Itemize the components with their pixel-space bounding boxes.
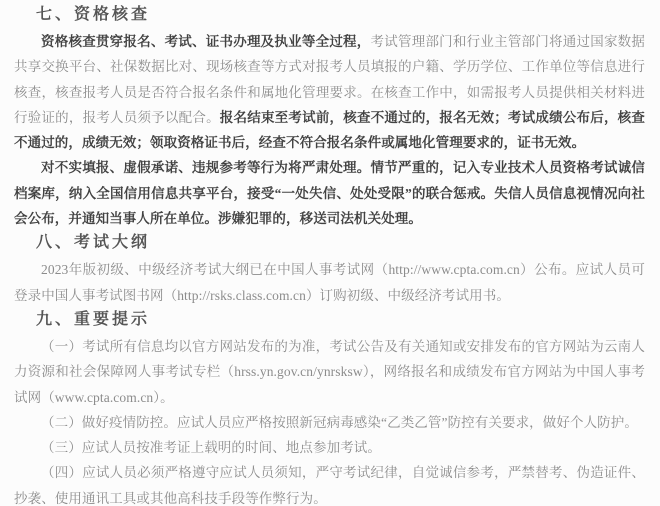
document-page: 七、资格核查资格核查贯穿报名、考试、证书办理及执业等全过程，考试管理部门和行业主… <box>0 0 660 506</box>
paragraph: （一）考试所有信息均以官方网站发布的为准，考试公告及有关通知或安排发布的官方网站… <box>14 334 645 410</box>
text-run: 2023年版初级、中级经济考试大纲已在中国人事考试网（http://www.cp… <box>14 262 645 302</box>
text-run: （二）做好疫情防控。应试人员应严格按照新冠病毒感染“乙类乙管”防控有关要求，做好… <box>41 415 638 430</box>
paragraph: 对不实填报、虚假承诺、违规参考等行为将严肃处理。情节严重的，记入专业技术人员资格… <box>14 155 645 231</box>
section-heading: 八、考试大纲 <box>14 233 645 253</box>
section-heading: 九、重要提示 <box>14 310 645 330</box>
paragraph: （三）应试人员按准考证上载明的时间、地点参加考试。 <box>14 435 645 460</box>
section-heading: 七、资格核查 <box>14 5 645 25</box>
paragraph: （二）做好疫情防控。应试人员应严格按照新冠病毒感染“乙类乙管”防控有关要求，做好… <box>14 410 645 435</box>
emphasis-text-run: 对不实填报、虚假承诺、违规参考等行为将严肃处理。情节严重的，记入专业技术人员资格… <box>14 160 645 226</box>
paragraph: 资格核查贯穿报名、考试、证书办理及执业等全过程，考试管理部门和行业主管部门将通过… <box>14 29 645 155</box>
text-run: （一）考试所有信息均以官方网站发布的为准，考试公告及有关通知或安排发布的官方网站… <box>14 339 645 405</box>
document-content: 七、资格核查资格核查贯穿报名、考试、证书办理及执业等全过程，考试管理部门和行业主… <box>14 5 645 506</box>
paragraph: （四）应试人员必须严格遵守应试人员须知，严守考试纪律，自觉诚信参考，严禁替考、伪… <box>14 460 645 506</box>
paragraph: 2023年版初级、中级经济考试大纲已在中国人事考试网（http://www.cp… <box>14 257 645 308</box>
text-run: （四）应试人员必须严格遵守应试人员须知，严守考试纪律，自觉诚信参考，严禁替考、伪… <box>14 465 645 505</box>
text-run: （三）应试人员按准考证上载明的时间、地点参加考试。 <box>41 440 381 455</box>
emphasis-text-run: 资格核查贯穿报名、考试、证书办理及执业等全过程， <box>41 34 371 49</box>
